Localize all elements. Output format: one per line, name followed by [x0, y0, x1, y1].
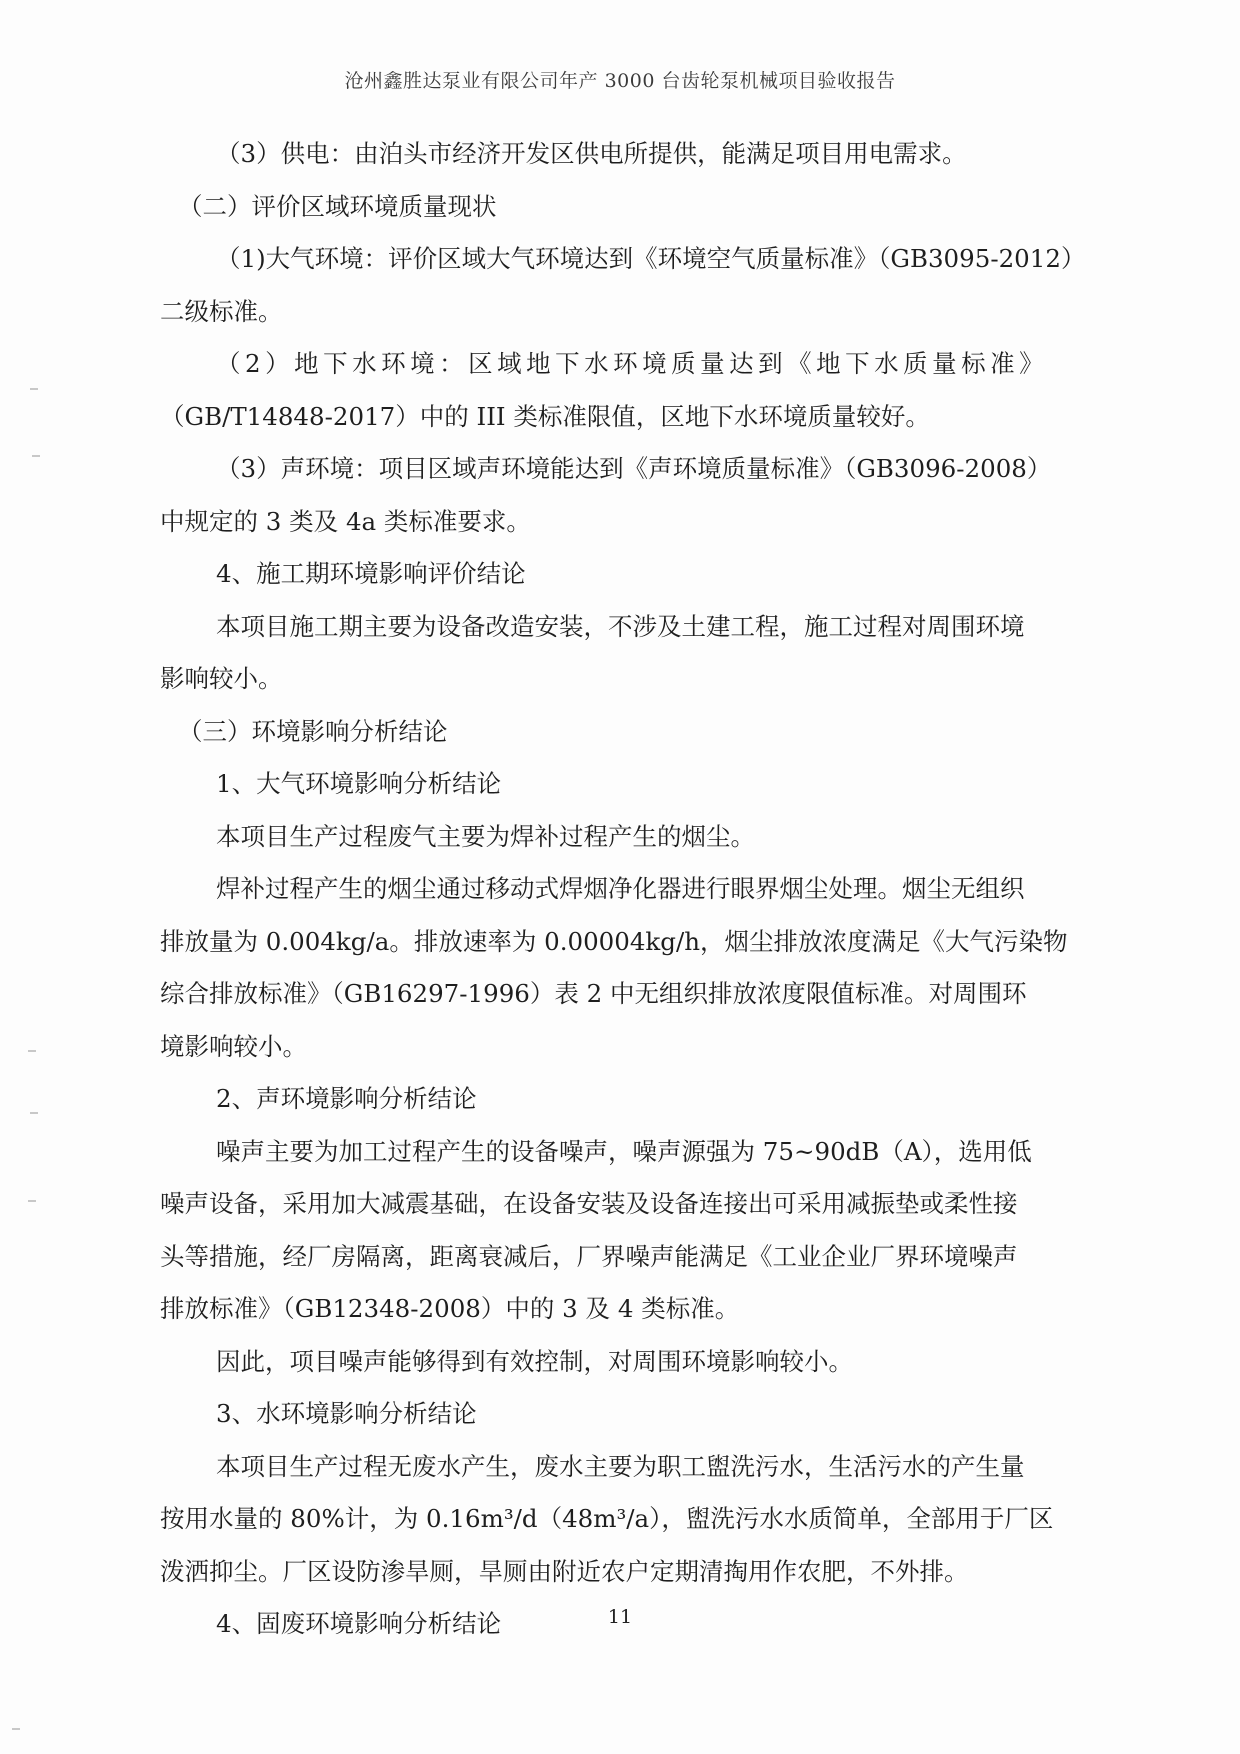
paragraph-noise-impact-cont-3: 排放标准》（GB12348-2008）中的 3 及 4 类标准。: [160, 1283, 1040, 1336]
paragraph-power-supply: （3）供电：由泊头市经济开发区供电所提供，能满足项目用电需求。: [160, 128, 1040, 181]
scan-artifact: [12, 1728, 20, 1730]
document-page: 沧州鑫胜达泵业有限公司年产 3000 台齿轮泵机械项目验收报告 （3）供电：由泊…: [0, 0, 1240, 1754]
paragraph-noise-impact: 噪声主要为加工过程产生的设备噪声，噪声源强为 75~90dB（A），选用低: [160, 1126, 1040, 1179]
paragraph-groundwater: （2）地下水环境：区域地下水环境质量达到《地下水质量标准》: [160, 338, 1040, 391]
page-number: 11: [0, 1606, 1240, 1628]
paragraph-construction-impact: 本项目施工期主要为设备改造安装，不涉及土建工程，施工过程对周围环境: [160, 601, 1040, 654]
subheading-construction-impact: 4、施工期环境影响评价结论: [160, 548, 1040, 601]
paragraph-water-impact: 本项目生产过程无废水产生，废水主要为职工盥洗污水，生活污水的产生量: [160, 1441, 1040, 1494]
paragraph-air-impact-2-cont-1: 排放量为 0.004kg/a。排放速率为 0.00004kg/h，烟尘排放浓度满…: [160, 916, 1040, 969]
paragraph-construction-impact-cont: 影响较小。: [160, 653, 1040, 706]
running-header: 沧州鑫胜达泵业有限公司年产 3000 台齿轮泵机械项目验收报告: [0, 66, 1240, 93]
paragraph-air-impact-2-cont-2: 综合排放标准》（GB16297-1996）表 2 中无组织排放浓度限值标准。对周…: [160, 968, 1040, 1021]
scan-artifact: [30, 1112, 38, 1114]
subheading-noise-impact: 2、声环境影响分析结论: [160, 1073, 1040, 1126]
paragraph-acoustic-environment-cont: 中规定的 3 类及 4a 类标准要求。: [160, 496, 1040, 549]
scan-artifact: [32, 455, 40, 457]
paragraph-acoustic-environment: （3）声环境：项目区域声环境能达到《声环境质量标准》（GB3096-2008）: [160, 443, 1040, 496]
paragraph-noise-impact-cont-1: 噪声设备，采用加大减震基础，在设备安装及设备连接出可采用减振垫或柔性接: [160, 1178, 1040, 1231]
paragraph-water-impact-cont-1: 按用水量的 80%计，为 0.16m³/d（48m³/a），盥洗污水水质简单，全…: [160, 1493, 1040, 1546]
scan-artifact: [28, 1050, 36, 1052]
paragraph-air-impact-1: 本项目生产过程废气主要为焊补过程产生的烟尘。: [160, 811, 1040, 864]
subheading-air-impact: 1、大气环境影响分析结论: [160, 758, 1040, 811]
paragraph-noise-impact-cont-2: 头等措施，经厂房隔离，距离衰减后，厂界噪声能满足《工业企业厂界环境噪声: [160, 1231, 1040, 1284]
scan-artifact: [28, 1200, 36, 1202]
paragraph-air-environment: （1)大气环境：评价区域大气环境达到《环境空气质量标准》（GB3095-2012…: [160, 233, 1040, 286]
paragraph-air-environment-cont: 二级标准。: [160, 286, 1040, 339]
subheading-water-impact: 3、水环境影响分析结论: [160, 1388, 1040, 1441]
section-heading-regional-quality: （二）评价区域环境质量现状: [160, 181, 1040, 234]
paragraph-groundwater-cont: （GB/T14848-2017）中的 III 类标准限值，区地下水环境质量较好。: [160, 391, 1040, 444]
paragraph-air-impact-2-cont-3: 境影响较小。: [160, 1021, 1040, 1074]
section-heading-impact-analysis: （三）环境影响分析结论: [160, 706, 1040, 759]
document-body: （3）供电：由泊头市经济开发区供电所提供，能满足项目用电需求。 （二）评价区域环…: [160, 128, 1040, 1651]
paragraph-air-impact-2: 焊补过程产生的烟尘通过移动式焊烟净化器进行眼界烟尘处理。烟尘无组织: [160, 863, 1040, 916]
paragraph-water-impact-cont-2: 泼洒抑尘。厂区设防渗旱厕，旱厕由附近农户定期清掏用作农肥，不外排。: [160, 1546, 1040, 1599]
paragraph-noise-conclusion: 因此，项目噪声能够得到有效控制，对周围环境影响较小。: [160, 1336, 1040, 1389]
scan-artifact: [30, 388, 38, 390]
